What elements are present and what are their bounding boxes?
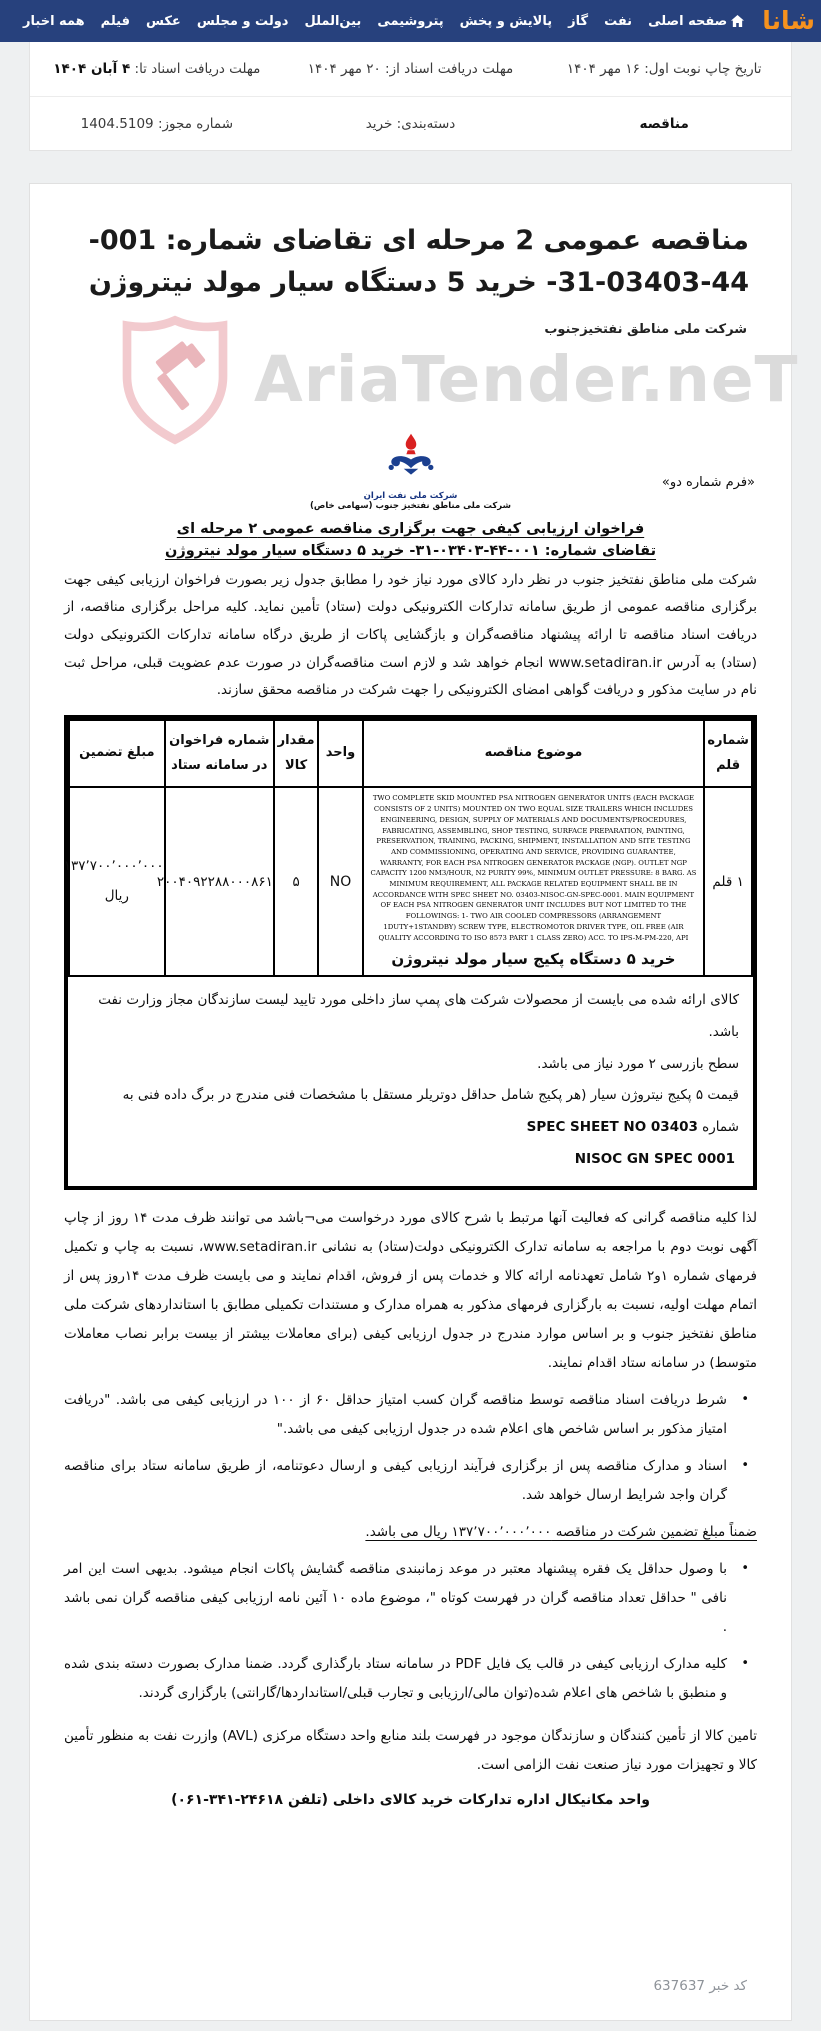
receive-until-label: مهلت دریافت اسناد تا:	[135, 61, 261, 77]
category: دسته‌بندی: خرید	[284, 116, 538, 132]
cell-subject: TWO COMPLETE SKID MOUNTED PSA NITROGEN G…	[363, 787, 705, 976]
receive-until-value: ۴ آبان ۱۴۰۴	[53, 61, 130, 77]
nioc-logo	[378, 433, 444, 490]
note-domestic-products: کالای ارائه شده می بایست از محصولات شرکت…	[82, 985, 739, 1048]
cell-guarantee: ۱۳۷٬۷۰۰٬۰۰۰٬۰۰۰ ریال	[69, 787, 165, 976]
license-value: 1404.5109	[81, 116, 154, 132]
print-date-value: ۱۶ مهر ۱۴۰۴	[567, 61, 640, 77]
note-spec-sheet: قیمت ۵ پکیج نیتروژن سیار (هر پکیج شامل ح…	[82, 1080, 739, 1143]
tender-document-scan: شرکت ملی نفت ایران شرکت ملی مناطق نفتخیز…	[30, 431, 791, 1808]
guarantee-amount: ۱۳۷٬۷۰۰٬۰۰۰٬۰۰۰	[70, 852, 164, 882]
print-date: تاریخ چاپ نوبت اول: ۱۶ مهر ۱۴۰۴	[537, 61, 791, 77]
cell-item-no: ۱ قلم	[704, 787, 752, 976]
ariatender-watermark: AriaTender.neT	[30, 321, 791, 439]
tender-type: مناقصه	[537, 116, 791, 132]
nav-item-video[interactable]: فیلم	[93, 14, 138, 29]
nav-item-gas[interactable]: گاز	[560, 14, 596, 29]
bullet-minimum-bids: با وصول حداقل یک فقره پیشنهاد معتبر در م…	[64, 1555, 757, 1642]
subject-english-spec: TWO COMPLETE SKID MOUNTED PSA NITROGEN G…	[370, 793, 698, 943]
license-label: شماره مجوز:	[158, 116, 233, 132]
meta-row-dates: تاریخ چاپ نوبت اول: ۱۶ مهر ۱۴۰۴ مهلت دری…	[30, 42, 791, 96]
tender-table: شماره قلم موضوع مناقصه واحد مقدار کالا ش…	[68, 719, 753, 977]
avl-paragraph: تامین کالا از تأمین کنندگان و سازندگان م…	[64, 1722, 757, 1780]
col-unit: واحد	[318, 720, 362, 787]
cell-qty: ۵	[274, 787, 318, 976]
nav-item-label: صفحه اصلی	[648, 14, 727, 29]
watermark-text: AriaTender.neT	[254, 343, 799, 416]
news-code-label: کد خبر	[709, 1978, 747, 1994]
guarantee-amount-line: ضمناً مبلغ تضمین شرکت در مناقصه ۱۳۷٬۷۰۰٬…	[64, 1518, 757, 1547]
guarantee-currency: ریال	[70, 882, 164, 912]
nav-item-refining[interactable]: پالایش و پخش	[452, 14, 560, 29]
spec-sheet-number: SPEC SHEET NO 03403	[527, 1119, 698, 1135]
doc-heading-2: تقاضای شماره: ۰۰۱-۴۴-۰۳۴۰۳-۳۱- خرید ۵ دس…	[64, 543, 757, 559]
bullet-score-requirement: شرط دریافت اسناد مناقصه توسط مناقصه گران…	[64, 1386, 757, 1444]
nioc-caption: شرکت ملی نفت ایران	[64, 491, 757, 501]
news-code-value: 637637	[653, 1978, 705, 1994]
nav-item-petrochemical[interactable]: پتروشیمی	[369, 14, 451, 29]
table-header-row: شماره قلم موضوع مناقصه واحد مقدار کالا ش…	[69, 720, 752, 787]
nav-item-government[interactable]: دولت و مجلس	[189, 14, 297, 29]
license-number: شماره مجوز: 1404.5109	[30, 116, 284, 132]
article-card: مناقصه عمومی 2 مرحله ای تقاضای شماره: 00…	[29, 183, 792, 2021]
col-guarantee: مبلغ تضمین	[69, 720, 165, 787]
cell-unit: NO	[318, 787, 362, 976]
nav-item-photo[interactable]: عکس	[138, 14, 189, 29]
receive-until: مهلت دریافت اسناد تا: ۴ آبان ۱۴۰۴	[30, 61, 284, 77]
contact-line: واحد مکانیکال اداره تدارکات خرید کالای د…	[64, 1792, 757, 1808]
receive-from-value: ۲۰ مهر ۱۴۰۴	[308, 61, 381, 77]
doc-paragraph-instructions: لذا کلیه مناقصه گرانی که فعالیت آنها مرت…	[64, 1204, 757, 1378]
doc-intro-paragraph: شرکت ملی مناطق نفتخیز جنوب در نظر دارد ک…	[64, 567, 757, 705]
receive-from-label: مهلت دریافت اسناد از:	[385, 61, 513, 77]
table-row: ۱ قلم TWO COMPLETE SKID MOUNTED PSA NITR…	[69, 787, 752, 976]
company-name: شرکت ملی مناطق نفتخیزجنوب	[30, 308, 791, 337]
doc-header: شرکت ملی نفت ایران شرکت ملی مناطق نفتخیز…	[64, 431, 757, 511]
note-inspection-level: سطح بازرسی ۲ مورد نیاز می باشد.	[82, 1049, 739, 1081]
meta-row-type: مناقصه دسته‌بندی: خرید شماره مجوز: 1404.…	[30, 96, 791, 150]
cell-setad-no: ۲۰۰۴۰۹۲۲۸۸۰۰۰۸۶۱	[165, 787, 274, 976]
table-notes: کالای ارائه شده می بایست از محصولات شرکت…	[68, 977, 753, 1185]
print-date-label: تاریخ چاپ نوبت اول:	[644, 61, 761, 77]
nisoc-caption: شرکت ملی مناطق نفتخیز جنوب (سهامی خاص)	[64, 501, 757, 511]
nav-item-oil[interactable]: نفت	[596, 14, 640, 29]
top-navbar: شانا صفحه اصلی نفت گاز پالایش و پخش پترو…	[0, 0, 821, 42]
shana-logo[interactable]: شانا	[762, 0, 815, 42]
doc-heading-1: فراخوان ارزیابی کیفی جهت برگزاری مناقصه …	[64, 521, 757, 537]
home-icon	[731, 15, 744, 27]
tender-type-value: مناقصه	[640, 116, 689, 132]
news-code: کد خبر 637637	[30, 1978, 791, 2002]
receive-from: مهلت دریافت اسناد از: ۲۰ مهر ۱۴۰۴	[284, 61, 538, 77]
spec-sheet-number-2: NISOC GN SPEC 0001	[82, 1144, 739, 1176]
bullet-documents-delivery: اسناد و مدارک مناقصه پس از برگزاری فرآین…	[64, 1452, 757, 1510]
bullet-pdf-upload: کلیه مدارک ارزیابی کیفی در قالب یک فایل …	[64, 1650, 757, 1708]
col-item-no: شماره قلم	[704, 720, 752, 787]
tender-table-box: شماره قلم موضوع مناقصه واحد مقدار کالا ش…	[64, 715, 757, 1190]
col-subject: موضوع مناقصه	[363, 720, 705, 787]
form-number: «فرم شماره دو»	[662, 475, 755, 490]
col-qty: مقدار کالا	[274, 720, 318, 787]
category-value: خرید	[366, 116, 393, 132]
col-setad-no: شماره فراخوان در سامانه ستاد	[165, 720, 274, 787]
nav-item-all-news[interactable]: همه اخبار	[15, 14, 93, 29]
category-label: دسته‌بندی:	[397, 116, 456, 132]
nav-item-home[interactable]: صفحه اصلی	[640, 14, 752, 29]
subject-persian: خرید ۵ دستگاه پکیج سیار مولد نیتروژن	[370, 950, 698, 968]
page-title: مناقصه عمومی 2 مرحله ای تقاضای شماره: 00…	[30, 184, 791, 308]
tender-meta-bar: تاریخ چاپ نوبت اول: ۱۶ مهر ۱۴۰۴ مهلت دری…	[29, 42, 792, 151]
nav-item-international[interactable]: بین‌الملل	[296, 14, 369, 29]
